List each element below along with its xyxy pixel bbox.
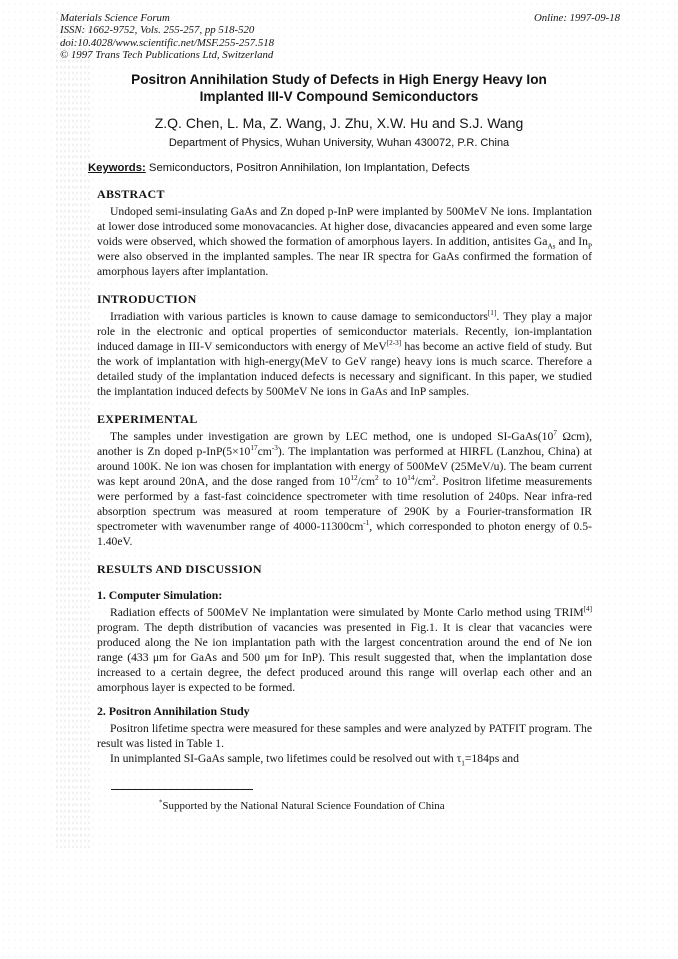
- issn-line: ISSN: 1662-9752, Vols. 255-257, pp 518-5…: [60, 24, 274, 36]
- paper-title-line2: Implanted III-V Compound Semiconductors: [200, 89, 479, 104]
- subsection-heading-positron-study: 2. Positron Annihilation Study: [97, 704, 592, 719]
- paper-title: Positron Annihilation Study of Defects i…: [0, 71, 678, 105]
- journal-header-left: Materials Science Forum ISSN: 1662-9752,…: [60, 12, 274, 62]
- affiliation-line: Department of Physics, Wuhan University,…: [0, 137, 678, 149]
- positron-study-paragraph-2: In unimplanted SI-GaAs sample, two lifet…: [97, 751, 592, 766]
- keywords-list: Semiconductors, Positron Annihilation, I…: [149, 162, 470, 174]
- section-heading-experimental: EXPERIMENTAL: [97, 412, 592, 427]
- experimental-paragraph: The samples under investigation are grow…: [97, 429, 592, 549]
- subsection-heading-computer-simulation: 1. Computer Simulation:: [97, 588, 592, 603]
- keywords-label: Keywords:: [88, 162, 146, 174]
- scanned-paper-page: Materials Science Forum ISSN: 1662-9752,…: [0, 0, 678, 959]
- journal-header: Materials Science Forum ISSN: 1662-9752,…: [0, 0, 678, 62]
- footnote-text: *Supported by the National Natural Scien…: [159, 799, 592, 813]
- keywords-line: Keywords: Semiconductors, Positron Annih…: [88, 162, 593, 174]
- paper-title-line1: Positron Annihilation Study of Defects i…: [131, 72, 547, 87]
- introduction-paragraph: Irradiation with various particles is kn…: [97, 309, 592, 399]
- online-date: Online: 1997-09-18: [534, 12, 620, 24]
- copyright-line: © 1997 Trans Tech Publications Ltd, Swit…: [60, 49, 274, 61]
- section-heading-abstract: ABSTRACT: [97, 187, 592, 202]
- computer-simulation-paragraph: Radiation effects of 500MeV Ne implantat…: [97, 605, 592, 695]
- journal-title: Materials Science Forum: [60, 12, 274, 24]
- doi-line: doi:10.4028/www.scientific.net/MSF.255-2…: [60, 37, 274, 49]
- abstract-paragraph: Undoped semi-insulating GaAs and Zn dope…: [97, 204, 592, 279]
- positron-study-paragraph-1: Positron lifetime spectra were measured …: [97, 721, 592, 751]
- article-body: ABSTRACT Undoped semi-insulating GaAs an…: [97, 187, 592, 813]
- authors-line: Z.Q. Chen, L. Ma, Z. Wang, J. Zhu, X.W. …: [0, 115, 678, 131]
- section-heading-introduction: INTRODUCTION: [97, 292, 592, 307]
- footnote-rule: [111, 789, 253, 790]
- section-heading-results: RESULTS AND DISCUSSION: [97, 562, 592, 577]
